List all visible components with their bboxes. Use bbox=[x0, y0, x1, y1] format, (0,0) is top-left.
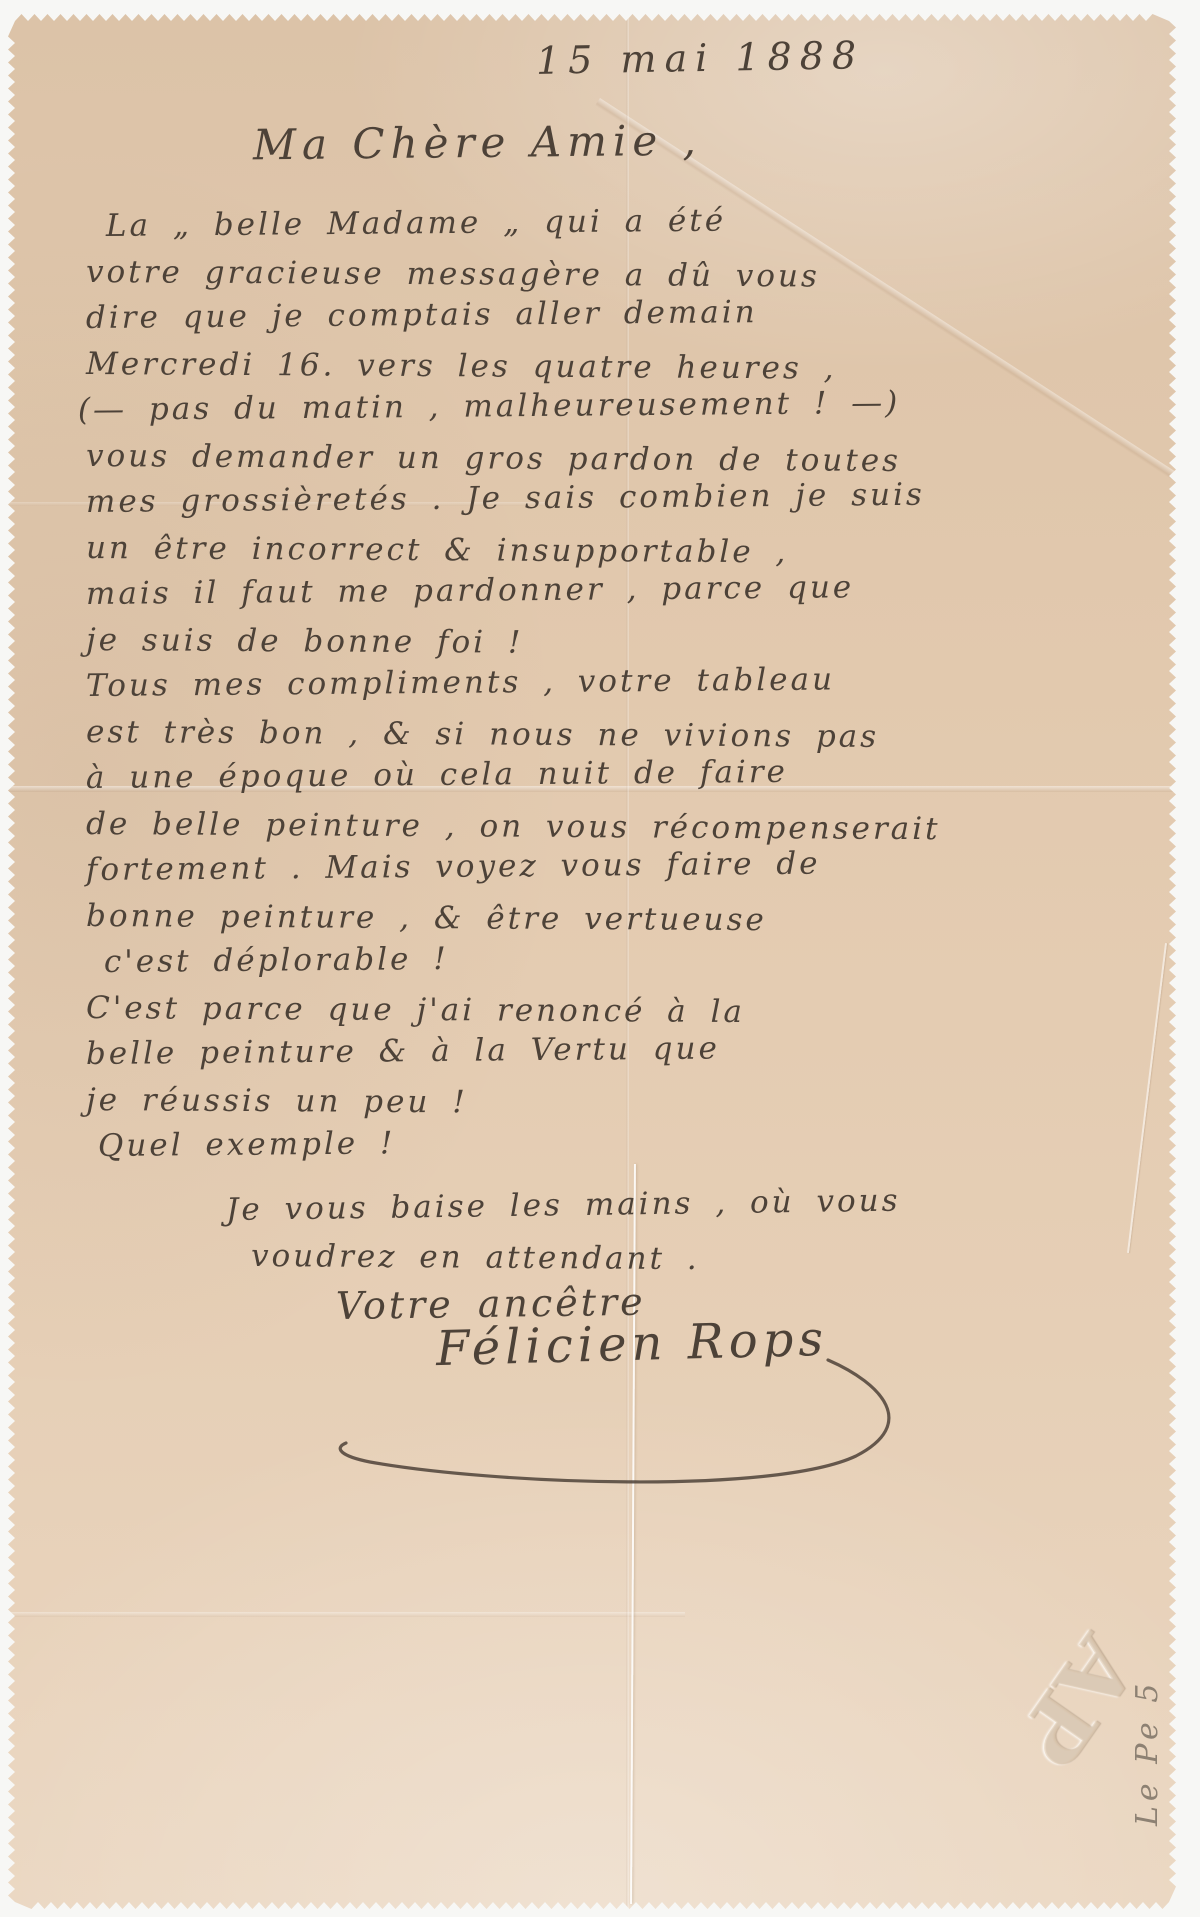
letter-line: c'est déplorable ! bbox=[104, 935, 1136, 990]
letter-line: dire que je comptais aller demain bbox=[86, 291, 1136, 346]
letter-paper: 15 mai 1888 Ma Chère Amie , La „ belle M… bbox=[8, 14, 1176, 1909]
letter-body: La „ belle Madame „ qui a été votre grac… bbox=[86, 208, 1136, 1174]
closing-line: Je vous baise les mains , où vous bbox=[226, 1180, 1087, 1238]
letter-line: La „ belle Madame „ qui a été bbox=[106, 199, 1136, 254]
letter-line: belle peinture & à la Vertu que bbox=[86, 1027, 1136, 1082]
letter-date: 15 mai 1888 bbox=[536, 33, 865, 83]
letter-line: à une époque où cela nuit de faire bbox=[86, 751, 1136, 806]
signature: Félicien Rops bbox=[435, 1311, 828, 1377]
letter-line: Tous mes compliments , votre tableau bbox=[86, 659, 1136, 714]
letter-line: fortement . Mais voyez vous faire de bbox=[86, 843, 1136, 898]
letter-line: mais il faut me pardonner , parce que bbox=[86, 567, 1136, 622]
letter-line: (— pas du matin , malheureusement ! —) bbox=[78, 383, 1136, 438]
letter-line: mes grossièretés . Je sais combien je su… bbox=[86, 475, 1136, 530]
letter-closing: Je vous baise les mains , où vous voudre… bbox=[86, 1192, 1086, 1336]
letter-line: Quel exemple ! bbox=[98, 1119, 1136, 1174]
salutation: Ma Chère Amie , bbox=[253, 116, 702, 170]
fold-crease-horizontal-lower bbox=[8, 1612, 685, 1617]
